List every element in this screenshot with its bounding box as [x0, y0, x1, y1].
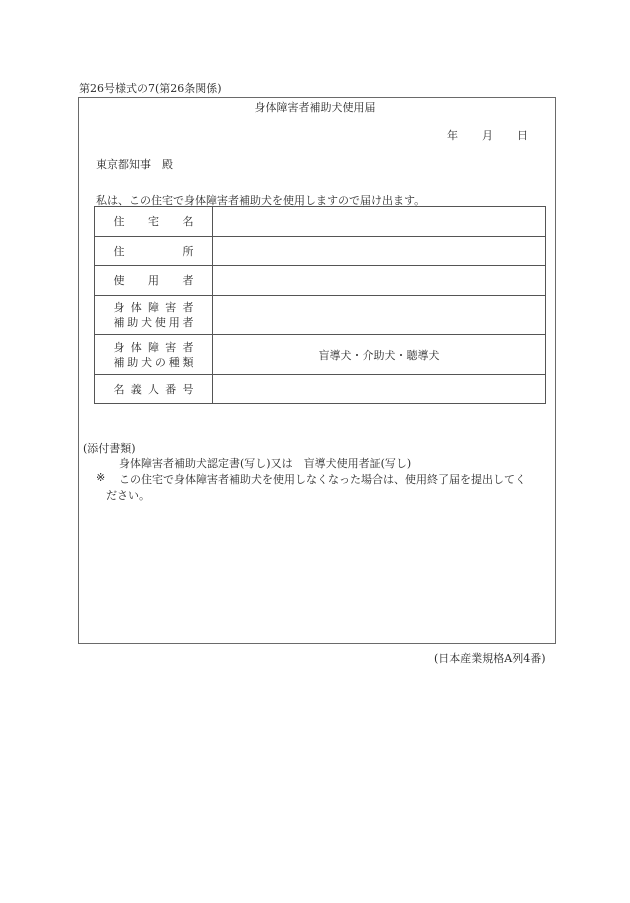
row-label-housing-name: 住 宅 名	[95, 207, 213, 237]
table-row: 名義人番号	[95, 375, 546, 404]
note-text-line2: ださい。	[106, 487, 150, 503]
label-text: 住 所	[114, 244, 194, 259]
label-text-line1: 身体障害者	[114, 340, 194, 355]
label-text-line2: 補助犬の種類	[114, 355, 194, 370]
holder-number-field[interactable]	[213, 375, 546, 404]
form-number: 第26号様式の7(第26条関係)	[79, 80, 222, 96]
note-text-line1: この住宅で身体障害者補助犬を使用しなくなった場合は、使用終了届を提出してく	[119, 471, 526, 487]
row-label-holder-number: 名義人番号	[95, 375, 213, 404]
row-label-user: 使 用 者	[95, 266, 213, 296]
table-row: 使 用 者	[95, 266, 546, 296]
assistance-dog-user-field[interactable]	[213, 296, 546, 335]
table-row: 住 宅 名	[95, 207, 546, 237]
table-row: 身体障害者 補助犬使用者	[95, 296, 546, 335]
month-label: 月	[482, 127, 493, 143]
label-text-line1: 身体障害者	[114, 300, 194, 315]
assistance-dog-type-options[interactable]: 盲導犬・介助犬・聴導犬	[213, 335, 546, 375]
row-label-assistance-dog-user: 身体障害者 補助犬使用者	[95, 296, 213, 335]
user-field[interactable]	[213, 266, 546, 296]
row-label-address: 住 所	[95, 237, 213, 266]
attachments-heading: (添付書類)	[83, 440, 136, 456]
paper-standard: (日本産業規格A列4番)	[434, 650, 546, 666]
label-text: 名義人番号	[114, 382, 194, 397]
housing-name-field[interactable]	[213, 207, 546, 237]
label-text: 住 宅 名	[114, 214, 194, 229]
year-label: 年	[447, 127, 458, 143]
date-line: 年月日	[447, 127, 528, 143]
day-label: 日	[517, 127, 528, 143]
attachments-item: 身体障害者補助犬認定書(写し)又は 盲導犬使用者証(写し)	[119, 455, 411, 471]
table-row: 住 所	[95, 237, 546, 266]
row-label-assistance-dog-type: 身体障害者 補助犬の種類	[95, 335, 213, 375]
info-table: 住 宅 名 住 所 使 用 者 身体障害者 補助犬使用者 身体障害者 補助犬の種…	[94, 206, 546, 404]
addressee: 東京都知事 殿	[96, 156, 173, 172]
note-mark-icon: ※	[96, 471, 105, 484]
address-field[interactable]	[213, 237, 546, 266]
table-row: 身体障害者 補助犬の種類 盲導犬・介助犬・聴導犬	[95, 335, 546, 375]
document-title: 身体障害者補助犬使用届	[0, 99, 630, 115]
label-text: 使 用 者	[114, 273, 194, 288]
label-text-line2: 補助犬使用者	[114, 315, 194, 330]
